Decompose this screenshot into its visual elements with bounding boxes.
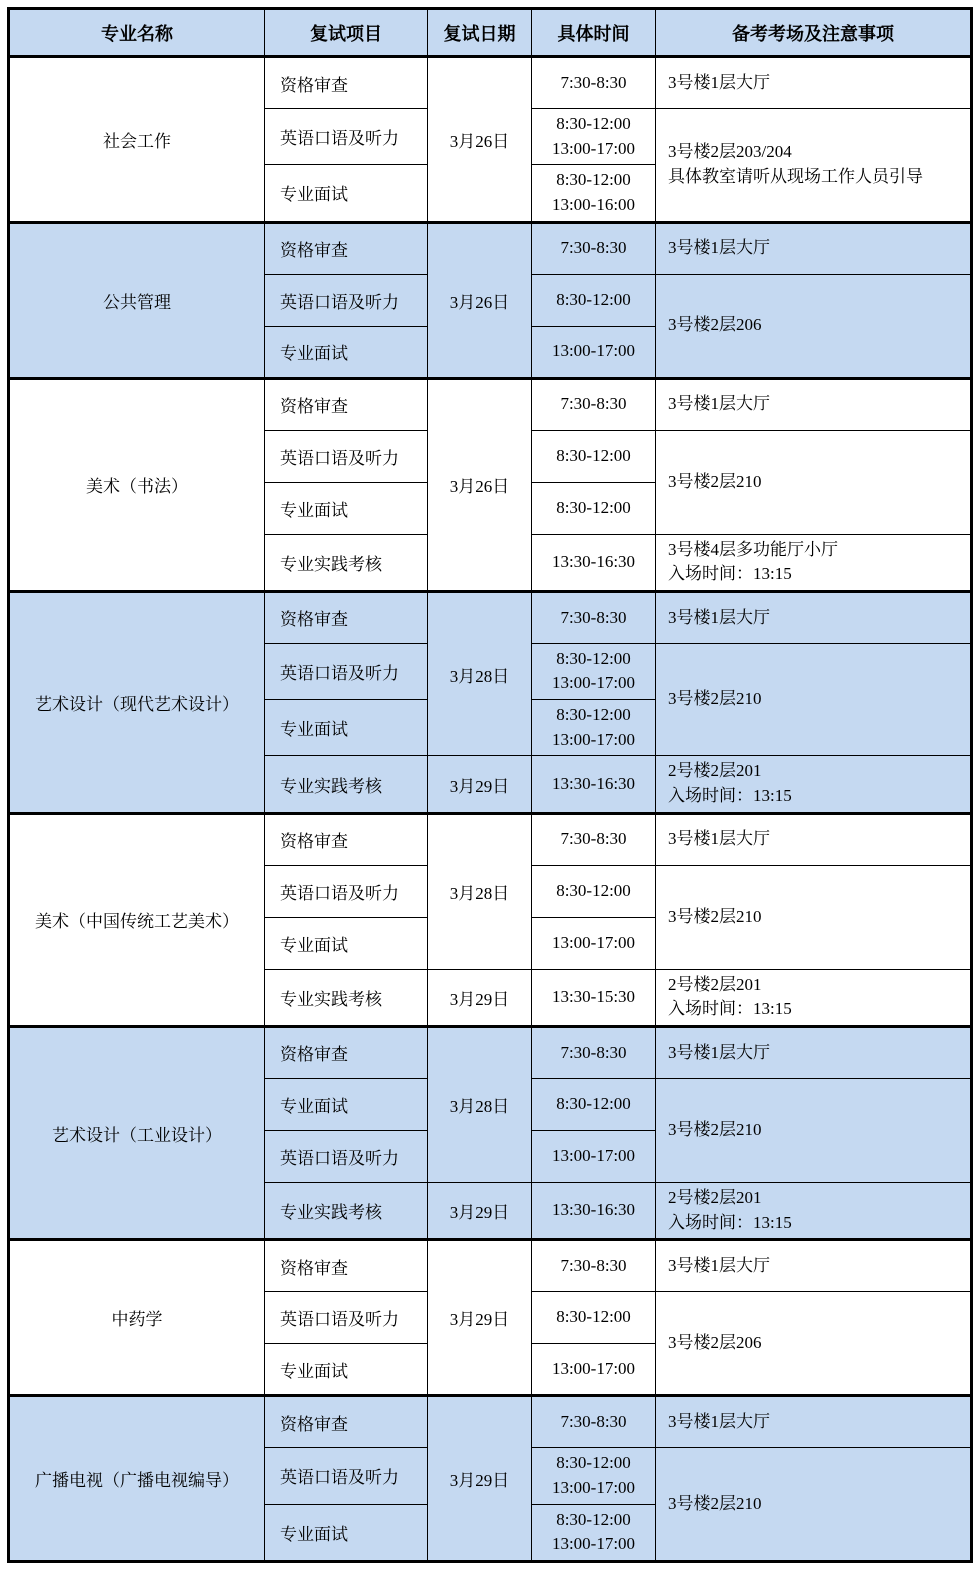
retest-item-cell: 资格审查 [265, 1396, 428, 1448]
time-line: 8:30-12:00 [538, 879, 649, 904]
specific-time-cell: 8:30-12:0013:00-17:00 [532, 109, 656, 165]
specific-time-cell: 7:30-8:30 [532, 591, 656, 643]
retest-item-cell: 英语口语及听力 [265, 430, 428, 482]
room-line: 3号楼2层210 [668, 687, 964, 712]
time-line: 13:30-16:30 [538, 772, 649, 797]
major-name-cell: 广播电视（广播电视编导） [9, 1396, 265, 1562]
room-notes-cell: 3号楼1层大厅 [656, 1240, 972, 1292]
room-notes-cell: 3号楼1层大厅 [656, 813, 972, 865]
schedule-table-body: 社会工作资格审查3月26日7:30-8:303号楼1层大厅英语口语及听力8:30… [9, 57, 972, 1562]
retest-item-cell: 专业面试 [265, 482, 428, 534]
retest-item-cell: 英语口语及听力 [265, 1130, 428, 1182]
room-line: 入场时间：13:15 [668, 997, 964, 1022]
retest-date-cell: 3月29日 [428, 1240, 532, 1396]
specific-time-cell: 8:30-12:00 [532, 430, 656, 482]
room-notes-cell: 3号楼1层大厅 [656, 57, 972, 109]
time-line: 13:00-17:00 [538, 339, 649, 364]
table-row: 艺术设计（现代艺术设计）资格审查3月28日7:30-8:303号楼1层大厅 [9, 591, 972, 643]
room-line: 具体教室请听从现场工作人员引导 [668, 165, 964, 190]
time-line: 13:30-16:30 [538, 550, 649, 575]
major-name-cell: 社会工作 [9, 57, 265, 223]
header-retest-item: 复试项目 [265, 9, 428, 57]
schedule-table-container: 专业名称 复试项目 复试日期 具体时间 备考考场及注意事项 社会工作资格审查3月… [0, 0, 977, 1570]
time-line: 8:30-12:00 [538, 703, 649, 728]
time-line: 13:00-17:00 [538, 671, 649, 696]
specific-time-cell: 8:30-12:00 [532, 865, 656, 917]
retest-date-cell: 3月29日 [428, 1182, 532, 1239]
retest-item-cell: 专业实践考核 [265, 969, 428, 1026]
time-line: 13:00-16:00 [538, 193, 649, 218]
table-row: 美术（中国传统工艺美术）资格审查3月28日7:30-8:303号楼1层大厅 [9, 813, 972, 865]
retest-date-cell: 3月28日 [428, 591, 532, 756]
retest-item-cell: 专业面试 [265, 326, 428, 378]
room-notes-cell: 3号楼2层203/204具体教室请听从现场工作人员引导 [656, 109, 972, 223]
time-line: 7:30-8:30 [538, 392, 649, 417]
exam-schedule-table: 专业名称 复试项目 复试日期 具体时间 备考考场及注意事项 社会工作资格审查3月… [7, 7, 973, 1563]
specific-time-cell: 8:30-12:00 [532, 482, 656, 534]
room-notes-cell: 3号楼1层大厅 [656, 222, 972, 274]
time-line: 8:30-12:00 [538, 1305, 649, 1330]
specific-time-cell: 8:30-12:00 [532, 1078, 656, 1130]
specific-time-cell: 7:30-8:30 [532, 378, 656, 430]
room-line: 入场时间：13:15 [668, 1211, 964, 1236]
time-line: 13:00-17:00 [538, 1532, 649, 1557]
room-line: 3号楼1层大厅 [668, 236, 964, 261]
room-notes-cell: 3号楼4层多功能厅小厅入场时间：13:15 [656, 534, 972, 591]
retest-item-cell: 专业实践考核 [265, 534, 428, 591]
room-line: 入场时间：13:15 [668, 562, 964, 587]
retest-item-cell: 资格审查 [265, 591, 428, 643]
header-major-name: 专业名称 [9, 9, 265, 57]
time-line: 8:30-12:00 [538, 1451, 649, 1476]
room-notes-cell: 3号楼2层210 [656, 430, 972, 534]
major-name-cell: 艺术设计（现代艺术设计） [9, 591, 265, 813]
room-notes-cell: 3号楼1层大厅 [656, 378, 972, 430]
specific-time-cell: 13:30-16:30 [532, 534, 656, 591]
time-line: 8:30-12:00 [538, 647, 649, 672]
time-line: 7:30-8:30 [538, 1410, 649, 1435]
room-notes-cell: 3号楼2层210 [656, 865, 972, 969]
time-line: 8:30-12:00 [538, 496, 649, 521]
specific-time-cell: 13:00-17:00 [532, 1130, 656, 1182]
specific-time-cell: 8:30-12:0013:00-17:00 [532, 700, 656, 756]
room-notes-cell: 3号楼2层206 [656, 274, 972, 378]
retest-date-cell: 3月26日 [428, 378, 532, 591]
retest-item-cell: 英语口语及听力 [265, 1292, 428, 1344]
specific-time-cell: 8:30-12:0013:00-17:00 [532, 1504, 656, 1561]
room-line: 3号楼2层210 [668, 470, 964, 495]
time-line: 7:30-8:30 [538, 1041, 649, 1066]
room-line: 3号楼1层大厅 [668, 827, 964, 852]
time-line: 7:30-8:30 [538, 606, 649, 631]
table-row: 社会工作资格审查3月26日7:30-8:303号楼1层大厅 [9, 57, 972, 109]
specific-time-cell: 13:00-17:00 [532, 1344, 656, 1396]
retest-item-cell: 资格审查 [265, 222, 428, 274]
header-retest-date: 复试日期 [428, 9, 532, 57]
time-line: 13:00-17:00 [538, 137, 649, 162]
retest-item-cell: 专业面试 [265, 1504, 428, 1561]
header-row: 专业名称 复试项目 复试日期 具体时间 备考考场及注意事项 [9, 9, 972, 57]
time-line: 13:30-16:30 [538, 1198, 649, 1223]
retest-item-cell: 专业面试 [265, 1078, 428, 1130]
retest-item-cell: 英语口语及听力 [265, 865, 428, 917]
time-line: 8:30-12:00 [538, 168, 649, 193]
specific-time-cell: 7:30-8:30 [532, 222, 656, 274]
time-line: 7:30-8:30 [538, 1254, 649, 1279]
specific-time-cell: 13:30-16:30 [532, 1182, 656, 1239]
retest-date-cell: 3月28日 [428, 813, 532, 969]
retest-date-cell: 3月29日 [428, 969, 532, 1026]
room-notes-cell: 3号楼1层大厅 [656, 591, 972, 643]
room-line: 3号楼2层206 [668, 1331, 964, 1356]
retest-item-cell: 英语口语及听力 [265, 643, 428, 699]
room-line: 3号楼2层206 [668, 313, 964, 338]
specific-time-cell: 7:30-8:30 [532, 57, 656, 109]
retest-item-cell: 英语口语及听力 [265, 274, 428, 326]
time-line: 7:30-8:30 [538, 71, 649, 96]
specific-time-cell: 8:30-12:0013:00-17:00 [532, 643, 656, 699]
room-line: 3号楼4层多功能厅小厅 [668, 538, 964, 563]
room-line: 3号楼1层大厅 [668, 1041, 964, 1066]
specific-time-cell: 8:30-12:0013:00-16:00 [532, 165, 656, 222]
room-line: 3号楼1层大厅 [668, 71, 964, 96]
specific-time-cell: 13:30-16:30 [532, 756, 656, 813]
time-line: 8:30-12:00 [538, 1092, 649, 1117]
specific-time-cell: 8:30-12:0013:00-17:00 [532, 1448, 656, 1504]
retest-date-cell: 3月26日 [428, 222, 532, 378]
specific-time-cell: 13:00-17:00 [532, 326, 656, 378]
room-line: 3号楼1层大厅 [668, 1254, 964, 1279]
retest-item-cell: 专业面试 [265, 917, 428, 969]
specific-time-cell: 13:00-17:00 [532, 917, 656, 969]
retest-date-cell: 3月29日 [428, 756, 532, 813]
major-name-cell: 艺术设计（工业设计） [9, 1026, 265, 1239]
room-line: 3号楼1层大厅 [668, 392, 964, 417]
room-notes-cell: 3号楼2层210 [656, 1448, 972, 1562]
table-row: 广播电视（广播电视编导）资格审查3月29日7:30-8:303号楼1层大厅 [9, 1396, 972, 1448]
room-line: 入场时间：13:15 [668, 784, 964, 809]
room-notes-cell: 2号楼2层201入场时间：13:15 [656, 756, 972, 813]
specific-time-cell: 7:30-8:30 [532, 1396, 656, 1448]
time-line: 7:30-8:30 [538, 236, 649, 261]
retest-item-cell: 专业面试 [265, 1344, 428, 1396]
specific-time-cell: 7:30-8:30 [532, 813, 656, 865]
room-notes-cell: 3号楼1层大厅 [656, 1026, 972, 1078]
retest-item-cell: 专业面试 [265, 700, 428, 756]
header-specific-time: 具体时间 [532, 9, 656, 57]
time-line: 13:30-15:30 [538, 985, 649, 1010]
specific-time-cell: 7:30-8:30 [532, 1240, 656, 1292]
time-line: 13:00-17:00 [538, 1476, 649, 1501]
room-notes-cell: 2号楼2层201入场时间：13:15 [656, 969, 972, 1026]
specific-time-cell: 8:30-12:00 [532, 274, 656, 326]
room-notes-cell: 2号楼2层201入场时间：13:15 [656, 1182, 972, 1239]
retest-item-cell: 专业实践考核 [265, 756, 428, 813]
room-notes-cell: 3号楼1层大厅 [656, 1396, 972, 1448]
room-line: 3号楼2层210 [668, 905, 964, 930]
time-line: 8:30-12:00 [538, 288, 649, 313]
room-notes-cell: 3号楼2层210 [656, 1078, 972, 1182]
room-line: 3号楼2层203/204 [668, 140, 964, 165]
room-notes-cell: 3号楼2层210 [656, 643, 972, 756]
time-line: 13:00-17:00 [538, 931, 649, 956]
retest-date-cell: 3月28日 [428, 1026, 532, 1182]
major-name-cell: 美术（中国传统工艺美术） [9, 813, 265, 1026]
table-row: 中药学资格审查3月29日7:30-8:303号楼1层大厅 [9, 1240, 972, 1292]
room-line: 3号楼1层大厅 [668, 1410, 964, 1435]
time-line: 8:30-12:00 [538, 444, 649, 469]
room-line: 3号楼2层210 [668, 1492, 964, 1517]
major-name-cell: 中药学 [9, 1240, 265, 1396]
table-row: 美术（书法）资格审查3月26日7:30-8:303号楼1层大厅 [9, 378, 972, 430]
specific-time-cell: 13:30-15:30 [532, 969, 656, 1026]
time-line: 8:30-12:00 [538, 112, 649, 137]
specific-time-cell: 7:30-8:30 [532, 1026, 656, 1078]
room-line: 3号楼2层210 [668, 1118, 964, 1143]
time-line: 8:30-12:00 [538, 1508, 649, 1533]
room-line: 2号楼2层201 [668, 1186, 964, 1211]
time-line: 13:00-17:00 [538, 1357, 649, 1382]
retest-date-cell: 3月29日 [428, 1396, 532, 1562]
table-row: 公共管理资格审查3月26日7:30-8:303号楼1层大厅 [9, 222, 972, 274]
retest-item-cell: 资格审查 [265, 1240, 428, 1292]
table-row: 艺术设计（工业设计）资格审查3月28日7:30-8:303号楼1层大厅 [9, 1026, 972, 1078]
room-notes-cell: 3号楼2层206 [656, 1292, 972, 1396]
major-name-cell: 公共管理 [9, 222, 265, 378]
retest-date-cell: 3月26日 [428, 57, 532, 223]
room-line: 2号楼2层201 [668, 759, 964, 784]
retest-item-cell: 资格审查 [265, 57, 428, 109]
retest-item-cell: 英语口语及听力 [265, 109, 428, 165]
header-room-and-notes: 备考考场及注意事项 [656, 9, 972, 57]
retest-item-cell: 英语口语及听力 [265, 1448, 428, 1504]
specific-time-cell: 8:30-12:00 [532, 1292, 656, 1344]
retest-item-cell: 资格审查 [265, 1026, 428, 1078]
room-line: 2号楼2层201 [668, 973, 964, 998]
retest-item-cell: 专业实践考核 [265, 1182, 428, 1239]
time-line: 7:30-8:30 [538, 827, 649, 852]
time-line: 13:00-17:00 [538, 728, 649, 753]
time-line: 13:00-17:00 [538, 1144, 649, 1169]
retest-item-cell: 专业面试 [265, 165, 428, 222]
room-line: 3号楼1层大厅 [668, 606, 964, 631]
retest-item-cell: 资格审查 [265, 378, 428, 430]
retest-item-cell: 资格审查 [265, 813, 428, 865]
major-name-cell: 美术（书法） [9, 378, 265, 591]
